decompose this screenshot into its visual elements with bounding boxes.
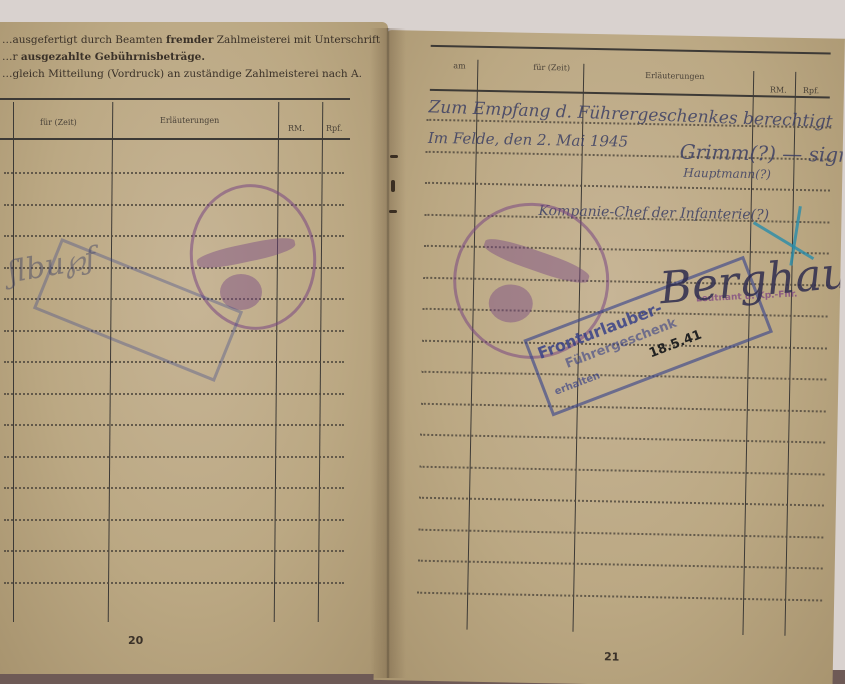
col-header-fuer-zeit: für (Zeit) [533, 63, 570, 73]
handwritten-signature-1: Grimm(?) — signature [679, 140, 844, 168]
handwritten-line-1: Zum Empfang d. Führergeschenkes berechti… [428, 97, 833, 132]
handwritten-rank: Hauptmann(?) [683, 166, 771, 182]
ledger-row-line [4, 393, 344, 395]
binding-stitch [391, 180, 395, 192]
ledger-row-line [419, 497, 824, 507]
col-header-erlaeuterungen: Erläuterungen [160, 116, 219, 125]
right-page: am für (Zeit) Erläuterungen RM. Rpf. Zum… [374, 30, 845, 684]
col-header-erlaeuterungen: Erläuterungen [645, 71, 704, 81]
book-gutter-fold [370, 28, 406, 678]
ledger-row-line [4, 172, 344, 174]
header-rule-bottom [0, 138, 350, 140]
col-header-rm: RM. [770, 85, 787, 94]
col-header-rpf: Rpf. [326, 124, 342, 133]
ledger-row-line [420, 434, 825, 444]
ledger-row-line [4, 424, 344, 426]
col-header-rm: RM. [288, 124, 305, 133]
page-number-left: 20 [128, 634, 143, 647]
ledger-row-line [418, 560, 823, 570]
page-number-right: 21 [604, 650, 620, 663]
handwritten-line-2: Im Felde, den 2. Mai 1945 [428, 129, 629, 151]
ledger-row-line [421, 402, 826, 412]
col-header-am: am [453, 61, 466, 70]
ledger-row-line [425, 182, 830, 192]
col-header-fuer-zeit: für (Zeit) [40, 118, 77, 127]
ledger-row-line [4, 487, 344, 489]
ledger-row-line [4, 582, 344, 584]
header-line-3: …gleich Mitteilung (Vordruck) an zuständ… [2, 68, 362, 80]
binding-stitch [390, 155, 398, 158]
ledger-row-line [420, 465, 825, 475]
ledger-row-line [4, 550, 344, 552]
left-page: …ausgefertigt durch Beamten fremder Zahl… [0, 22, 388, 674]
ledger-row-line [4, 456, 344, 458]
col-header-rpf: Rpf. [803, 86, 820, 95]
ledger-row-line [4, 519, 344, 521]
header-line-2: …r ausgezahlte Gebührnisbeträge. [2, 51, 205, 63]
ledger-row-line [418, 528, 823, 538]
ledger-row-line [417, 591, 822, 601]
header-rule-top [431, 45, 831, 55]
header-rule-top [0, 98, 350, 100]
header-line-1: …ausgefertigt durch Beamten fremder Zahl… [2, 34, 380, 46]
stamp-text-line-3: erhalten [553, 370, 601, 397]
binding-stitch [389, 210, 397, 213]
